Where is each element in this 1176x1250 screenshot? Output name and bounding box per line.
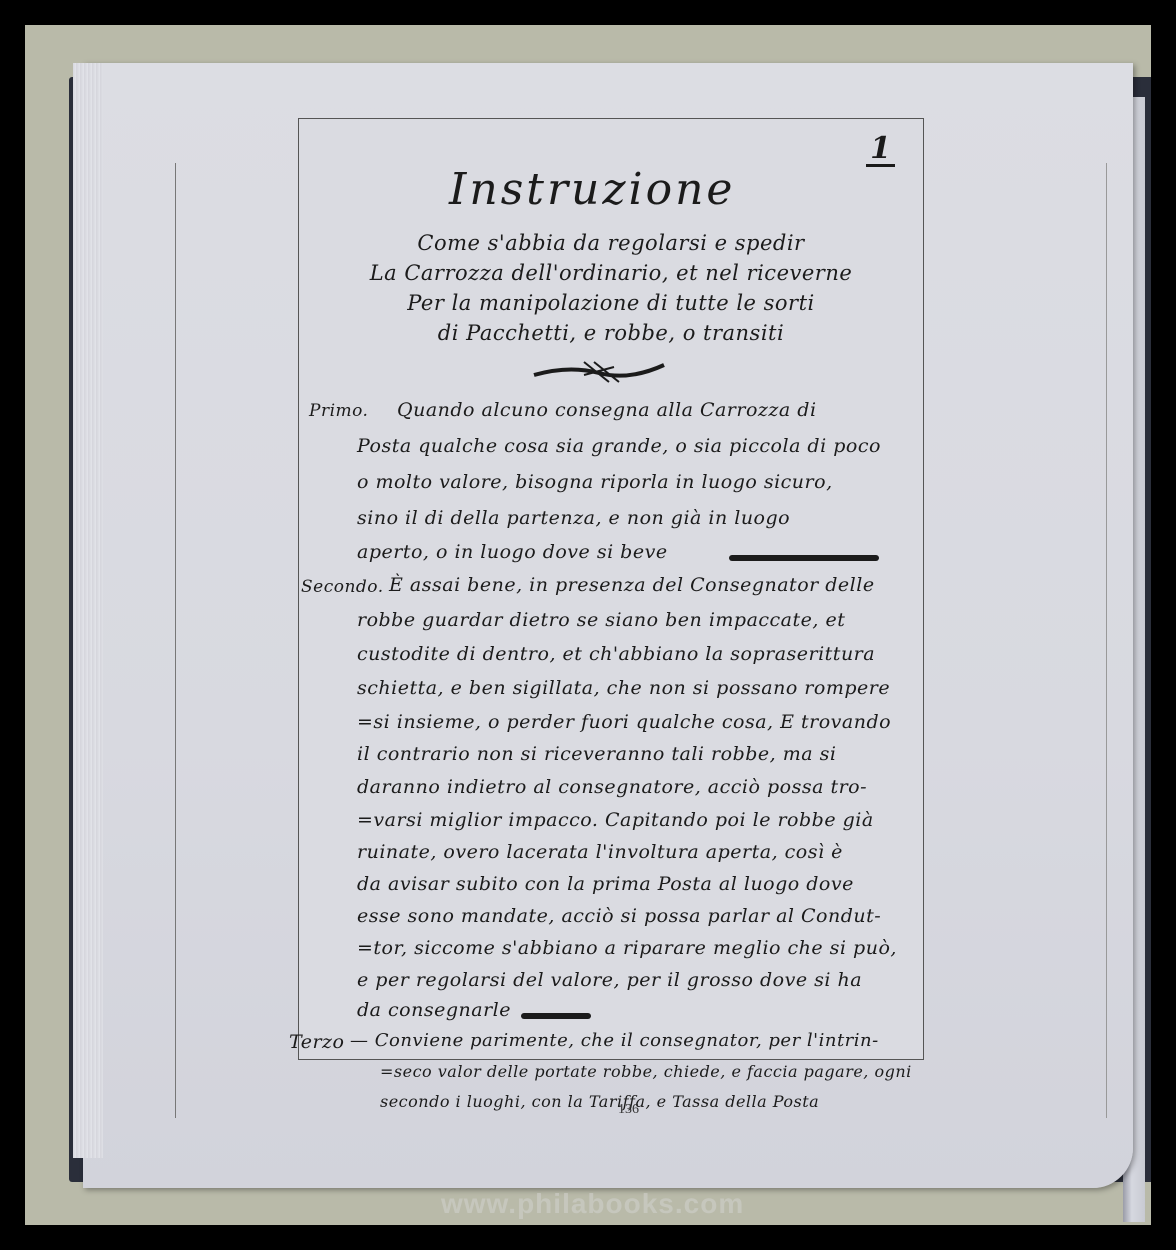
text-line: =seco valor delle portate robbe, chiede,… xyxy=(380,1062,912,1081)
text-line: o molto valore, bisogna riporla in luogo… xyxy=(357,471,833,493)
paragraph-label: Primo. xyxy=(309,401,368,421)
page-stack-edges xyxy=(73,63,103,1158)
text-line: =tor, siccome s'abbiano a riparare megli… xyxy=(357,937,897,959)
text-line: robbe guardar dietro se siano ben impacc… xyxy=(357,609,845,631)
line-end-flourish xyxy=(729,555,879,561)
text-line: sino il di della partenza, e non già in … xyxy=(357,507,790,529)
text-line: È assai bene, in presenza del Consegnato… xyxy=(389,574,875,596)
text-line: e per regolarsi del valore, per il gross… xyxy=(357,969,862,991)
text-line: — Conviene parimente, che il consegnator… xyxy=(350,1030,879,1051)
book-page-number: 136 xyxy=(618,1102,639,1118)
text-line: il contrario non si riceveranno tali rob… xyxy=(357,743,836,765)
text-line: =si insieme, o perder fuori qualche cosa… xyxy=(357,711,891,733)
watermark: www.philabooks.com xyxy=(441,1188,744,1220)
line-end-flourish xyxy=(521,1013,591,1019)
subtitle-line: Come s'abbia da regolarsi e spedir xyxy=(299,231,923,255)
manuscript-facsimile: 1 Instruzione Come s'abbia da regolarsi … xyxy=(298,118,924,1060)
text-line: Quando alcuno consegna alla Carrozza di xyxy=(397,399,817,421)
subtitle-line: Per la manipolazione di tutte le sorti xyxy=(299,291,923,315)
text-line: ruinate, overo lacerata l'involtura aper… xyxy=(357,841,843,863)
text-line: =varsi miglior impacco. Capitando poi le… xyxy=(357,809,874,831)
manuscript-title: Instruzione xyxy=(449,164,735,215)
text-line: schietta, e ben sigillata, che non si po… xyxy=(357,677,890,699)
paragraph-label: Terzo xyxy=(289,1031,344,1053)
subtitle-line: di Pacchetti, e robbe, o transiti xyxy=(299,321,923,345)
text-line: secondo i luoghi, con la Tariffa, e Tass… xyxy=(380,1092,819,1111)
sheet-number: 1 xyxy=(866,134,895,167)
text-line: da avisar subito con la prima Posta al l… xyxy=(357,873,854,895)
text-line: da consegnarle xyxy=(357,999,511,1021)
paragraph-label: Secondo. xyxy=(301,577,384,597)
text-line: aperto, o in luogo dove si beve xyxy=(357,541,668,563)
text-line: custodite di dentro, et ch'abbiano la so… xyxy=(357,643,875,665)
text-line: daranno indietro al consegnatore, acciò … xyxy=(357,776,867,798)
text-line: Posta qualche cosa sia grande, o sia pic… xyxy=(357,435,881,457)
subtitle-line: La Carrozza dell'ordinario, et nel ricev… xyxy=(299,261,923,285)
text-line: esse sono mandate, acciò si possa parlar… xyxy=(357,905,881,927)
ornament-flourish-icon xyxy=(529,357,669,387)
